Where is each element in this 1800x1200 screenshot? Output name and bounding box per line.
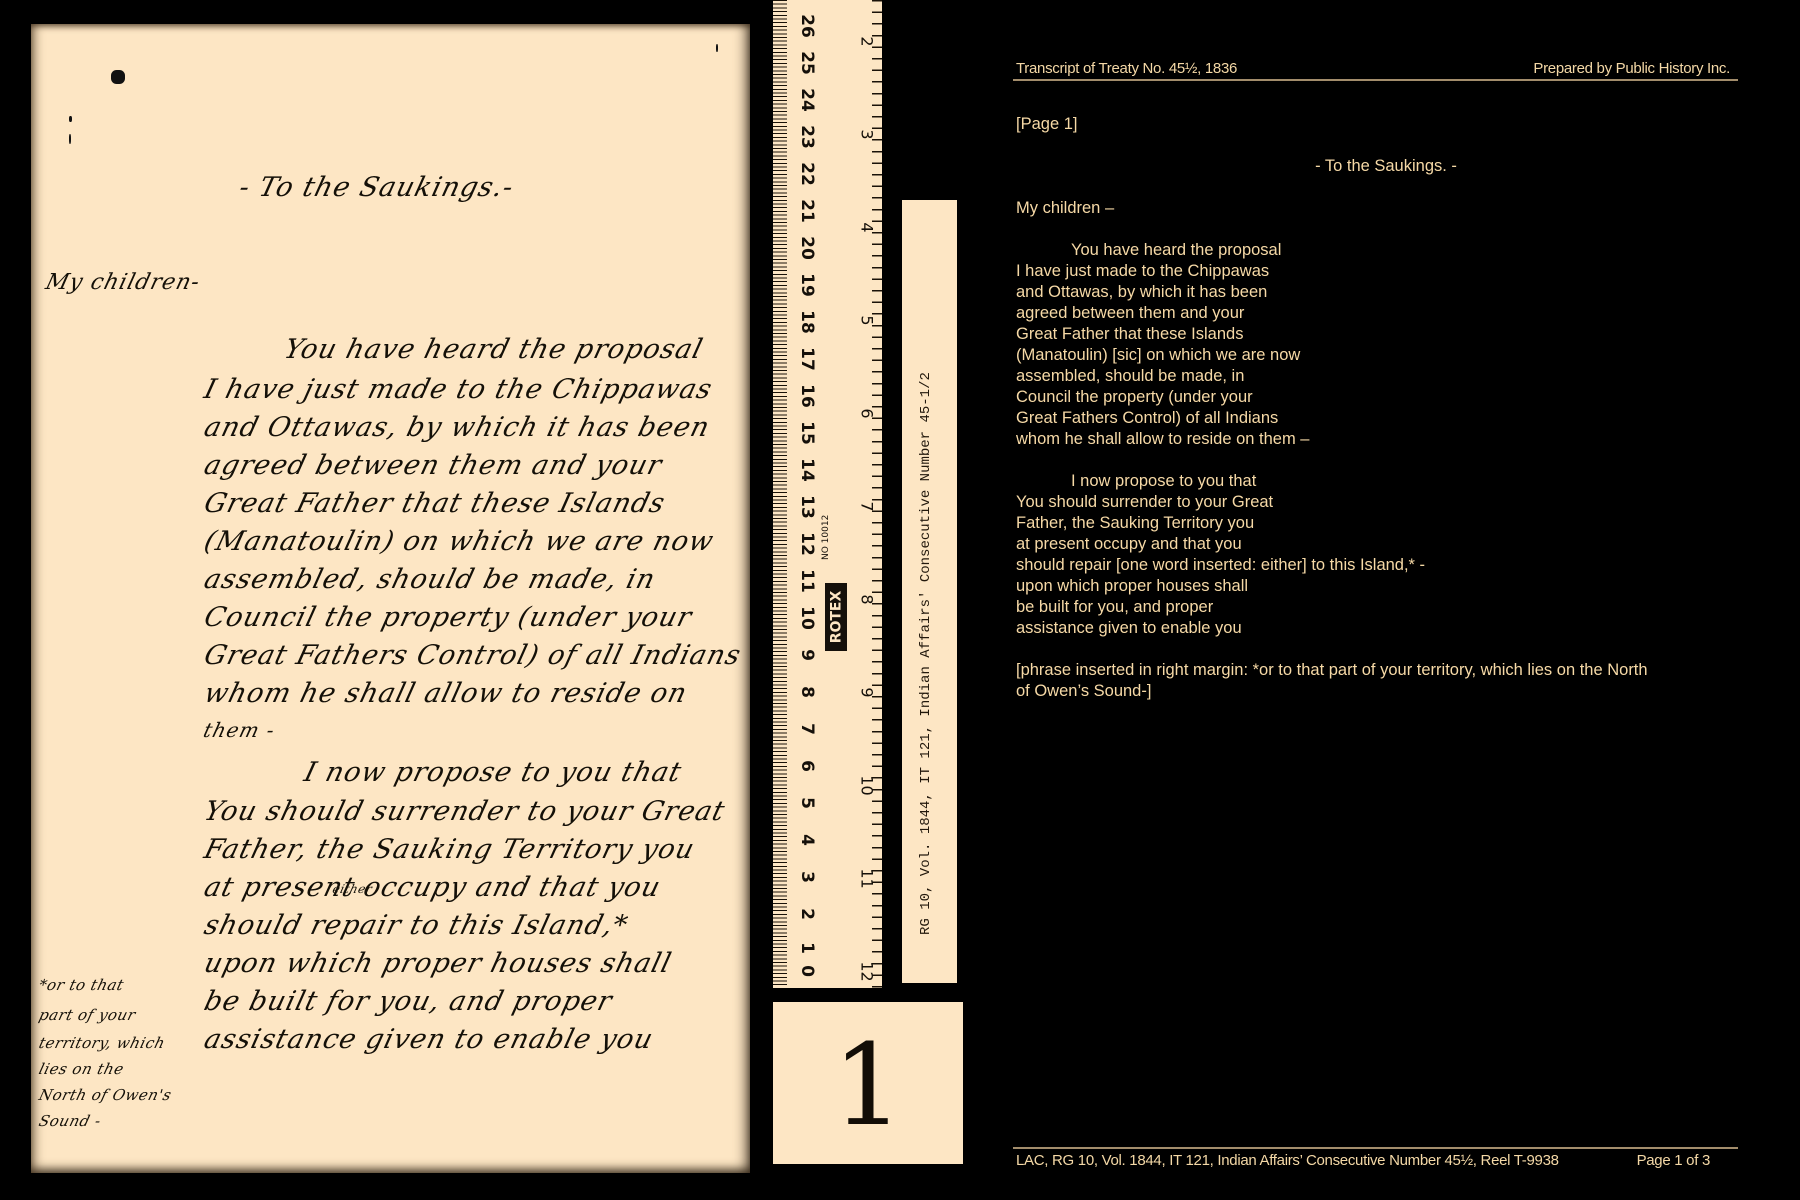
manuscript-line: Council the property (under your <box>201 602 695 633</box>
transcript-footer: LAC, RG 10, Vol. 1844, IT 121, Indian Af… <box>1013 1147 1738 1169</box>
transcript-heading: - To the Saukings. - <box>1016 156 1736 177</box>
manuscript-salutation: My children- <box>43 270 203 295</box>
ink-mark <box>716 44 718 52</box>
manuscript-line: them - <box>201 718 278 742</box>
ruler-cm-label: 4 <box>797 828 817 852</box>
ink-blot <box>111 70 125 84</box>
manuscript-line: upon which proper houses shall <box>201 948 675 979</box>
manuscript-line: assistance given to enable you <box>201 1024 657 1055</box>
page-marker: [Page 1] <box>1016 114 1736 135</box>
ruler-inch-label: 3 <box>858 123 877 147</box>
ruler-cm-label: 17 <box>797 347 817 371</box>
transcript-line: Great Fathers Control) of all Indians <box>1016 408 1736 429</box>
transcript-body: [Page 1] - To the Saukings. - My childre… <box>1016 114 1736 702</box>
ruler-inch-label: 2 <box>858 30 877 54</box>
ruler-inch-label: 9 <box>858 681 877 705</box>
ruler-cm-label: 23 <box>797 125 817 149</box>
transcript-line: and Ottawas, by which it has been <box>1016 282 1736 303</box>
ruler-cm-label: 19 <box>797 273 817 297</box>
ruler-inch-label: 5 <box>858 309 877 333</box>
ruler-inch-label: 4 <box>858 216 877 240</box>
ruler-cm-label: 6 <box>797 754 817 778</box>
transcript-line: You should surrender to your Great <box>1016 492 1736 513</box>
transcript-header: Transcript of Treaty No. 45½, 1836 Prepa… <box>1013 60 1738 81</box>
ruler-cm-label: 12 <box>797 532 817 556</box>
transcript-line: Father, the Sauking Territory you <box>1016 513 1736 534</box>
manuscript-line: agreed between them and your <box>201 450 666 481</box>
manuscript-line: Great Fathers Control) of all Indians <box>201 640 744 671</box>
ruler-cm-label: 3 <box>797 865 817 889</box>
ruler-cm-label: 14 <box>797 458 817 482</box>
ruler-inch-label: 12 <box>858 960 877 984</box>
archive-reference-label: RG 10, Vol. 1844, IT 121, Indian Affairs… <box>902 200 957 983</box>
transcript-line: You have heard the proposal <box>1016 240 1736 261</box>
manuscript-line: be built for you, and proper <box>201 986 616 1017</box>
manuscript-margin-note: lies on the <box>37 1060 126 1078</box>
ruler-cm-label: 20 <box>797 236 817 260</box>
transcript-line: should repair [one word inserted: either… <box>1016 555 1736 576</box>
manuscript-line: Great Father that these Islands <box>201 488 669 519</box>
manuscript-line: assembled, should be made, in <box>201 564 659 595</box>
ruler-cm-label: 24 <box>797 88 817 112</box>
ruler-inch-label: 10 <box>858 774 877 798</box>
manuscript-line: at present occupy and that you <box>201 872 664 903</box>
ruler-cm-label: 5 <box>797 791 817 815</box>
manuscript-heading: - To the Saukings.- <box>236 172 517 203</box>
page-number: 1 <box>832 1030 903 1142</box>
manuscript-margin-note: *or to that <box>37 976 126 994</box>
archival-citation: LAC, RG 10, Vol. 1844, IT 121, Indian Af… <box>1016 1152 1559 1169</box>
ruler-cm-label: 2 <box>797 902 817 926</box>
transcript-line: be built for you, and proper <box>1016 597 1736 618</box>
ink-mark <box>69 134 71 144</box>
manuscript-margin-note: Sound - <box>37 1112 103 1130</box>
ruler-cm-label: 9 <box>797 643 817 667</box>
manuscript-margin-note: part of your <box>37 1006 138 1024</box>
manuscript-line: You have heard the proposal <box>281 334 706 365</box>
transcript-title: Transcript of Treaty No. 45½, 1836 <box>1016 60 1237 77</box>
ruler-cm-label: 26 <box>797 14 817 38</box>
ink-mark <box>69 116 72 122</box>
ruler-cm-label: 8 <box>797 680 817 704</box>
transcript-line: whom he shall allow to reside on them – <box>1016 429 1736 450</box>
ruler-cm-label: 15 <box>797 421 817 445</box>
ruler-cm-label: 11 <box>797 569 817 593</box>
ruler-cm-label: 1 <box>797 936 817 960</box>
manuscript-page-scan: - To the Saukings.- My children- You hav… <box>31 24 750 1173</box>
manuscript-line: and Ottawas, by which it has been <box>201 412 713 443</box>
transcript-line: assembled, should be made, in <box>1016 366 1736 387</box>
ruler-inch-label: 6 <box>858 402 877 426</box>
transcript-line: I have just made to the Chippawas <box>1016 261 1736 282</box>
manuscript-margin-note: territory, which <box>37 1034 167 1052</box>
manuscript-line: (Manatoulin) on which we are now <box>201 526 717 557</box>
page-number-card: 1 <box>773 1002 963 1164</box>
ruler-cm-label: 21 <box>797 199 817 223</box>
ruler-inch-label: 11 <box>858 867 877 891</box>
page-count: Page 1 of 3 <box>1637 1152 1710 1169</box>
transcript-line: upon which proper houses shall <box>1016 576 1736 597</box>
ruler-cm-label: 13 <box>797 495 817 519</box>
transcript-line: agreed between them and your <box>1016 303 1736 324</box>
manuscript-line: I have just made to the Chippawas <box>201 374 716 405</box>
measuring-ruler: 26 25 24 23 22 21 20 19 18 17 16 15 14 1… <box>773 0 882 988</box>
transcript-salutation: My children – <box>1016 198 1736 219</box>
ruler-cm-label: 10 <box>797 606 817 630</box>
transcript-line: (Manatoulin) [sic] on which we are now <box>1016 345 1736 366</box>
manuscript-line: should repair to this Island,* <box>201 910 632 941</box>
manuscript-line: You should surrender to your Great <box>201 796 728 827</box>
manuscript-line: whom he shall allow to reside on <box>201 678 691 709</box>
ruler-model-number: NO 10012 <box>821 515 831 560</box>
transcript-margin-note: of Owen’s Sound-] <box>1016 681 1736 702</box>
archive-reference-text: RG 10, Vol. 1844, IT 121, Indian Affairs… <box>918 372 934 935</box>
ruler-cm-label: 0 <box>797 959 817 983</box>
transcript-margin-note: [phrase inserted in right margin: *or to… <box>1016 660 1736 681</box>
manuscript-line: I now propose to you that <box>301 757 685 788</box>
ruler-cm-label: 22 <box>797 162 817 186</box>
ruler-inch-label: 7 <box>858 495 877 519</box>
ruler-cm-label: 25 <box>797 51 817 75</box>
manuscript-line: Father, the Sauking Territory you <box>201 834 698 865</box>
ruler-mm-ticks <box>773 0 787 988</box>
manuscript-margin-note: North of Owen's <box>37 1086 174 1104</box>
transcript-line: Great Father that these Islands <box>1016 324 1736 345</box>
transcript-line: at present occupy and that you <box>1016 534 1736 555</box>
ruler-cm-label: 18 <box>797 310 817 334</box>
ruler-brand-logo: ROTEX <box>825 583 847 651</box>
manuscript-inserted-word: either <box>331 882 374 896</box>
ruler-cm-label: 7 <box>797 717 817 741</box>
ruler-cm-label: 16 <box>797 384 817 408</box>
ruler-inch-label: 8 <box>858 588 877 612</box>
transcript-preparer: Prepared by Public History Inc. <box>1533 60 1730 77</box>
transcript-line: Council the property (under your <box>1016 387 1736 408</box>
transcript-line: assistance given to enable you <box>1016 618 1736 639</box>
transcript-line: I now propose to you that <box>1016 471 1736 492</box>
